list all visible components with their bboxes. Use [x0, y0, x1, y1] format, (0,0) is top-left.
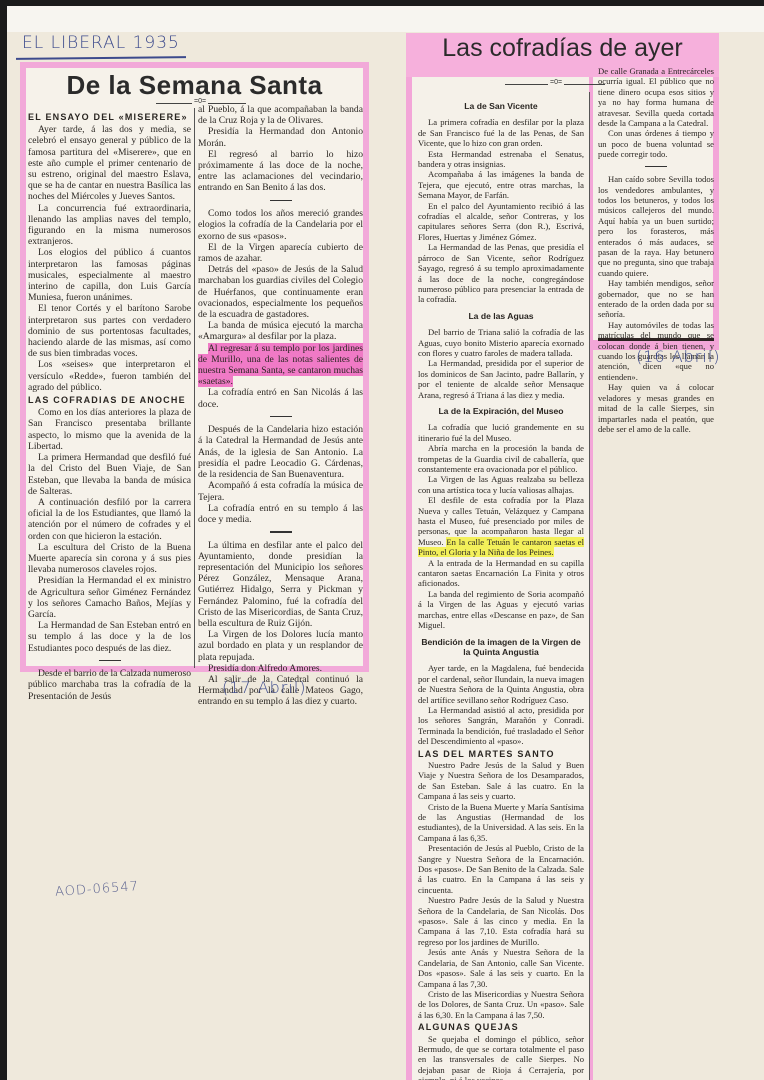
- section-separator: [645, 166, 667, 168]
- clipping-title: Las cofradías de ayer: [406, 34, 719, 63]
- paragraph-text: Presidía la Hermandad don Antonio Morán.: [198, 126, 363, 148]
- paragraph-text: En el palco del Ayuntamiento recibió á l…: [418, 201, 584, 242]
- paragraph-text: La Virgen de los Dolores lucía manto azu…: [198, 629, 363, 662]
- paragraph: La cofradía que lució grandemente en su …: [418, 422, 584, 443]
- paragraph: Detrás del «paso» de Jesús de la Salud m…: [198, 264, 363, 320]
- paragraph: Presidían la Hermandad el ex ministro de…: [28, 575, 191, 620]
- section-heading: LAS COFRADIAS DE ANOCHE: [28, 395, 191, 406]
- paragraph: La concurrencia fué extraordinaria, llen…: [28, 203, 191, 248]
- paragraph: Al regresar á su templo por los jardines…: [198, 343, 363, 388]
- paragraph-text: Al regresar á su templo por los jardines…: [198, 343, 363, 388]
- paragraph: Ayer tarde, á las dos y media, se celebr…: [28, 124, 191, 202]
- section-subheading: La de las Aguas: [418, 311, 584, 321]
- handwritten-date-left: (17 Abril): [222, 678, 307, 697]
- paragraph-text: Cristo de las Misericordias y Nuestra Se…: [418, 989, 584, 1020]
- paragraph-text: La Virgen de las Aguas realzaba su belle…: [418, 474, 584, 494]
- paragraph-text: El regresó al barrio lo hizo próximament…: [198, 149, 363, 194]
- paragraph-text: Hay también mendigos, señor gobernador, …: [598, 278, 714, 319]
- paragraph: La Hermandad asistió al acto, presidida …: [418, 705, 584, 747]
- paragraph-text: Después de la Candelaria hizo estación á…: [198, 424, 363, 480]
- paragraph-text: El de la Virgen aparecía cubierto de ram…: [198, 242, 363, 264]
- column-rule: [589, 92, 590, 1080]
- paragraph-text: La Hermandad, presidida por el superior …: [418, 358, 584, 399]
- handwritten-source-note: EL LIBERAL 1935: [22, 33, 180, 53]
- paragraph: Abría marcha en la procesión la banda de…: [418, 443, 584, 474]
- paragraph: La primera cofradía en desfilar por la p…: [418, 117, 584, 148]
- paragraph: La primera Hermandad que desfiló fué la …: [28, 452, 191, 497]
- paragraph: La banda del regimiento de Soria acompañ…: [418, 589, 584, 631]
- paragraph: Nuestro Padre Jesús de la Salud y Nuestr…: [418, 895, 584, 947]
- paragraph: al Pueblo, á la que acompañaban la banda…: [198, 104, 363, 126]
- paragraph: La última en desfilar ante el palco del …: [198, 540, 363, 630]
- paragraph: Presidía don Alfredo Amores.: [198, 663, 363, 674]
- paragraph-text: La cofradía entró en su templo á las doc…: [198, 503, 363, 525]
- paragraph-text: Presidía don Alfredo Amores.: [208, 663, 322, 674]
- paragraph-text: Ayer tarde, en la Magdalena, fué bendeci…: [418, 663, 584, 704]
- paragraph-text: Han caído sobre Sevilla todos los vended…: [598, 174, 714, 278]
- paragraph-text: Del barrio de Triana salió la cofradía d…: [418, 327, 584, 358]
- paragraph-text: A la entrada de la Hermandad en su capil…: [418, 558, 584, 589]
- section-subheading: La de la Expiración, del Museo: [418, 406, 584, 416]
- paragraph-text: Se quejaba el domingo el público, señor …: [418, 1034, 584, 1080]
- paragraph: A la entrada de la Hermandad en su capil…: [418, 558, 584, 589]
- paragraph: La banda de música ejecutó la marcha «Am…: [198, 320, 363, 342]
- paragraph-text: Los elogios del público á cuantos interp…: [28, 247, 191, 303]
- paragraph-text: La Hermandad de San Esteban entró en su …: [28, 620, 191, 653]
- paragraph: Hay quien va á colocar veladores y mesas…: [598, 382, 714, 434]
- paragraph-text: Desde el barrio de la Calzada numeroso p…: [28, 668, 191, 701]
- handwritten-underline: [16, 56, 186, 60]
- paragraph: Del barrio de Triana salió la cofradía d…: [418, 327, 584, 358]
- paragraph-text: Como todos los años mereció grandes elog…: [198, 208, 363, 241]
- paragraph-text: Jesús ante Anás y Nuestra Señora de la C…: [418, 947, 584, 988]
- paragraph-text: Acompañaba á las imágenes la banda de Te…: [418, 169, 584, 200]
- paragraph: Han caído sobre Sevilla todos los vended…: [598, 174, 714, 278]
- paragraph-text: La Hermandad asistió al acto, presidida …: [418, 705, 584, 746]
- paragraph: De calle Granada a Entrecárceles ocurría…: [598, 66, 714, 128]
- paragraph: La Hermandad de San Esteban entró en su …: [28, 620, 191, 654]
- paragraph: La Hermandad, presidida por el superior …: [418, 358, 584, 400]
- paragraph: Como en los días anteriores la plaza de …: [28, 407, 191, 452]
- clipping-title: De la Semana Santa: [26, 70, 363, 101]
- paragraph-text: al Pueblo, á la que acompañaban la banda…: [198, 104, 363, 126]
- paragraph-text: Cristo de la Buena Muerte y María Santís…: [418, 802, 584, 843]
- scan-border-left: [0, 0, 7, 1080]
- section-heading: EL ENSAYO DEL «MISERERE»: [28, 112, 191, 123]
- paragraph: El de la Virgen aparecía cubierto de ram…: [198, 242, 363, 264]
- section-heading: ALGUNAS QUEJAS: [418, 1022, 584, 1032]
- paragraph-text: La escultura del Cristo de la Buena Muer…: [28, 542, 191, 575]
- section-separator: [270, 416, 292, 418]
- paragraph: Cristo de la Buena Muerte y María Santís…: [418, 802, 584, 844]
- section-heading: LAS DEL MARTES SANTO: [418, 749, 584, 759]
- paragraph: Los «seises» que interpretaron el versíc…: [28, 359, 191, 393]
- paragraph: Acompañaba á las imágenes la banda de Te…: [418, 169, 584, 200]
- paragraph: La Virgen de las Aguas realzaba su belle…: [418, 474, 584, 495]
- paragraph-text: Abría marcha en la procesión la banda de…: [418, 443, 584, 474]
- paragraph-text: Los «seises» que interpretaron el versíc…: [28, 359, 191, 392]
- paragraph-text: La cofradía que lució grandemente en su …: [418, 422, 584, 442]
- paragraph: Esta Hermandad estrenaba el Senatus, ban…: [418, 149, 584, 170]
- paragraph: Cristo de las Misericordias y Nuestra Se…: [418, 989, 584, 1020]
- paragraph-text: El tenor Cortés y el barítono Sarobe int…: [28, 303, 191, 359]
- paragraph-text: A continuación desfiló por la carrera of…: [28, 497, 191, 542]
- paragraph: La Virgen de los Dolores lucía manto azu…: [198, 629, 363, 663]
- paragraph-text: Acompañó á esta cofradía la música de Te…: [198, 480, 363, 502]
- paragraph-text: La cofradía entró en San Nicolás á las d…: [198, 387, 363, 409]
- paragraph-text: Con unas órdenes á tiempo y un poco de b…: [598, 128, 714, 159]
- archive-reference-code: AOD-06547: [55, 879, 140, 900]
- paragraph: Se quejaba el domingo el público, señor …: [418, 1034, 584, 1080]
- paragraph: El desfile de esta cofradía por la Plaza…: [418, 495, 584, 557]
- paper-strip: [7, 6, 764, 32]
- paragraph: La cofradía entró en su templo á las doc…: [198, 503, 363, 525]
- section-separator: [270, 200, 292, 202]
- paragraph: Como todos los años mereció grandes elog…: [198, 208, 363, 242]
- paragraph-text: La banda del regimiento de Soria acompañ…: [418, 589, 584, 630]
- paragraph: La cofradía entró en San Nicolás á las d…: [198, 387, 363, 409]
- paragraph: Ayer tarde, en la Magdalena, fué bendeci…: [418, 663, 584, 705]
- paragraph: Presentación de Jesús al Pueblo, Cristo …: [418, 843, 584, 895]
- paragraph: Nuestro Padre Jesús de la Salud y Buen V…: [418, 760, 584, 802]
- section-separator: [99, 660, 121, 662]
- paragraph: La escultura del Cristo de la Buena Muer…: [28, 542, 191, 576]
- paragraph-text: Como en los días anteriores la plaza de …: [28, 407, 191, 452]
- paragraph-text: La primera Hermandad que desfiló fué la …: [28, 452, 191, 497]
- paragraph: A continuación desfiló por la carrera of…: [28, 497, 191, 542]
- section-separator: [270, 531, 292, 533]
- paragraph-text: La última en desfilar ante el palco del …: [198, 540, 363, 629]
- paragraph-text: Nuestro Padre Jesús de la Salud y Nuestr…: [418, 895, 584, 947]
- article-column-2: al Pueblo, á la que acompañaban la banda…: [198, 104, 363, 708]
- paragraph-text: Hay quien va á colocar veladores y mesas…: [598, 382, 714, 434]
- article-column-4: De calle Granada a Entrecárceles ocurría…: [598, 66, 714, 434]
- paragraph: Después de la Candelaria hizo estación á…: [198, 424, 363, 480]
- paragraph-text: Detrás del «paso» de Jesús de la Salud m…: [198, 264, 363, 320]
- handwritten-date-right: (16 Abril): [636, 347, 721, 366]
- section-subheading: La de San Vicente: [418, 101, 584, 111]
- paragraph-text: La Hermandad de las Penas, que presidía …: [418, 242, 584, 304]
- article-column-3: La de San VicenteLa primera cofradía en …: [418, 95, 584, 1080]
- paragraph: Presidía la Hermandad don Antonio Morán.: [198, 126, 363, 148]
- paragraph-text: De calle Granada a Entrecárceles ocurría…: [598, 66, 714, 128]
- article-column-1: EL ENSAYO DEL «MISERERE»Ayer tarde, á la…: [28, 110, 191, 702]
- paragraph: Hay también mendigos, señor gobernador, …: [598, 278, 714, 320]
- paragraph: El regresó al barrio lo hizo próximament…: [198, 149, 363, 194]
- paragraph-text: La primera cofradía en desfilar por la p…: [418, 117, 584, 148]
- paragraph: Los elogios del público á cuantos interp…: [28, 247, 191, 303]
- paragraph: El tenor Cortés y el barítono Sarobe int…: [28, 303, 191, 359]
- paragraph-text: La concurrencia fué extraordinaria, llen…: [28, 203, 191, 248]
- paragraph: La Hermandad de las Penas, que presidía …: [418, 242, 584, 304]
- paragraph-text: Presidían la Hermandad el ex ministro de…: [28, 575, 191, 620]
- paragraph: Con unas órdenes á tiempo y un poco de b…: [598, 128, 714, 159]
- paragraph-text: Nuestro Padre Jesús de la Salud y Buen V…: [418, 760, 584, 801]
- paragraph-text: Ayer tarde, á las dos y media, se celebr…: [28, 124, 191, 202]
- paragraph: En el palco del Ayuntamiento recibió á l…: [418, 201, 584, 243]
- column-rule: [194, 108, 195, 668]
- paragraph: Jesús ante Anás y Nuestra Señora de la C…: [418, 947, 584, 989]
- paragraph: Desde el barrio de la Calzada numeroso p…: [28, 668, 191, 702]
- paragraph-text: Presentación de Jesús al Pueblo, Cristo …: [418, 843, 584, 895]
- paragraph-text: Esta Hermandad estrenaba el Senatus, ban…: [418, 149, 584, 169]
- paragraph-text: La banda de música ejecutó la marcha «Am…: [198, 320, 363, 342]
- paragraph: Acompañó á esta cofradía la música de Te…: [198, 480, 363, 502]
- section-subheading: Bendición de la imagen de la Virgen de l…: [418, 637, 584, 658]
- title-ornament: =0=: [548, 79, 564, 86]
